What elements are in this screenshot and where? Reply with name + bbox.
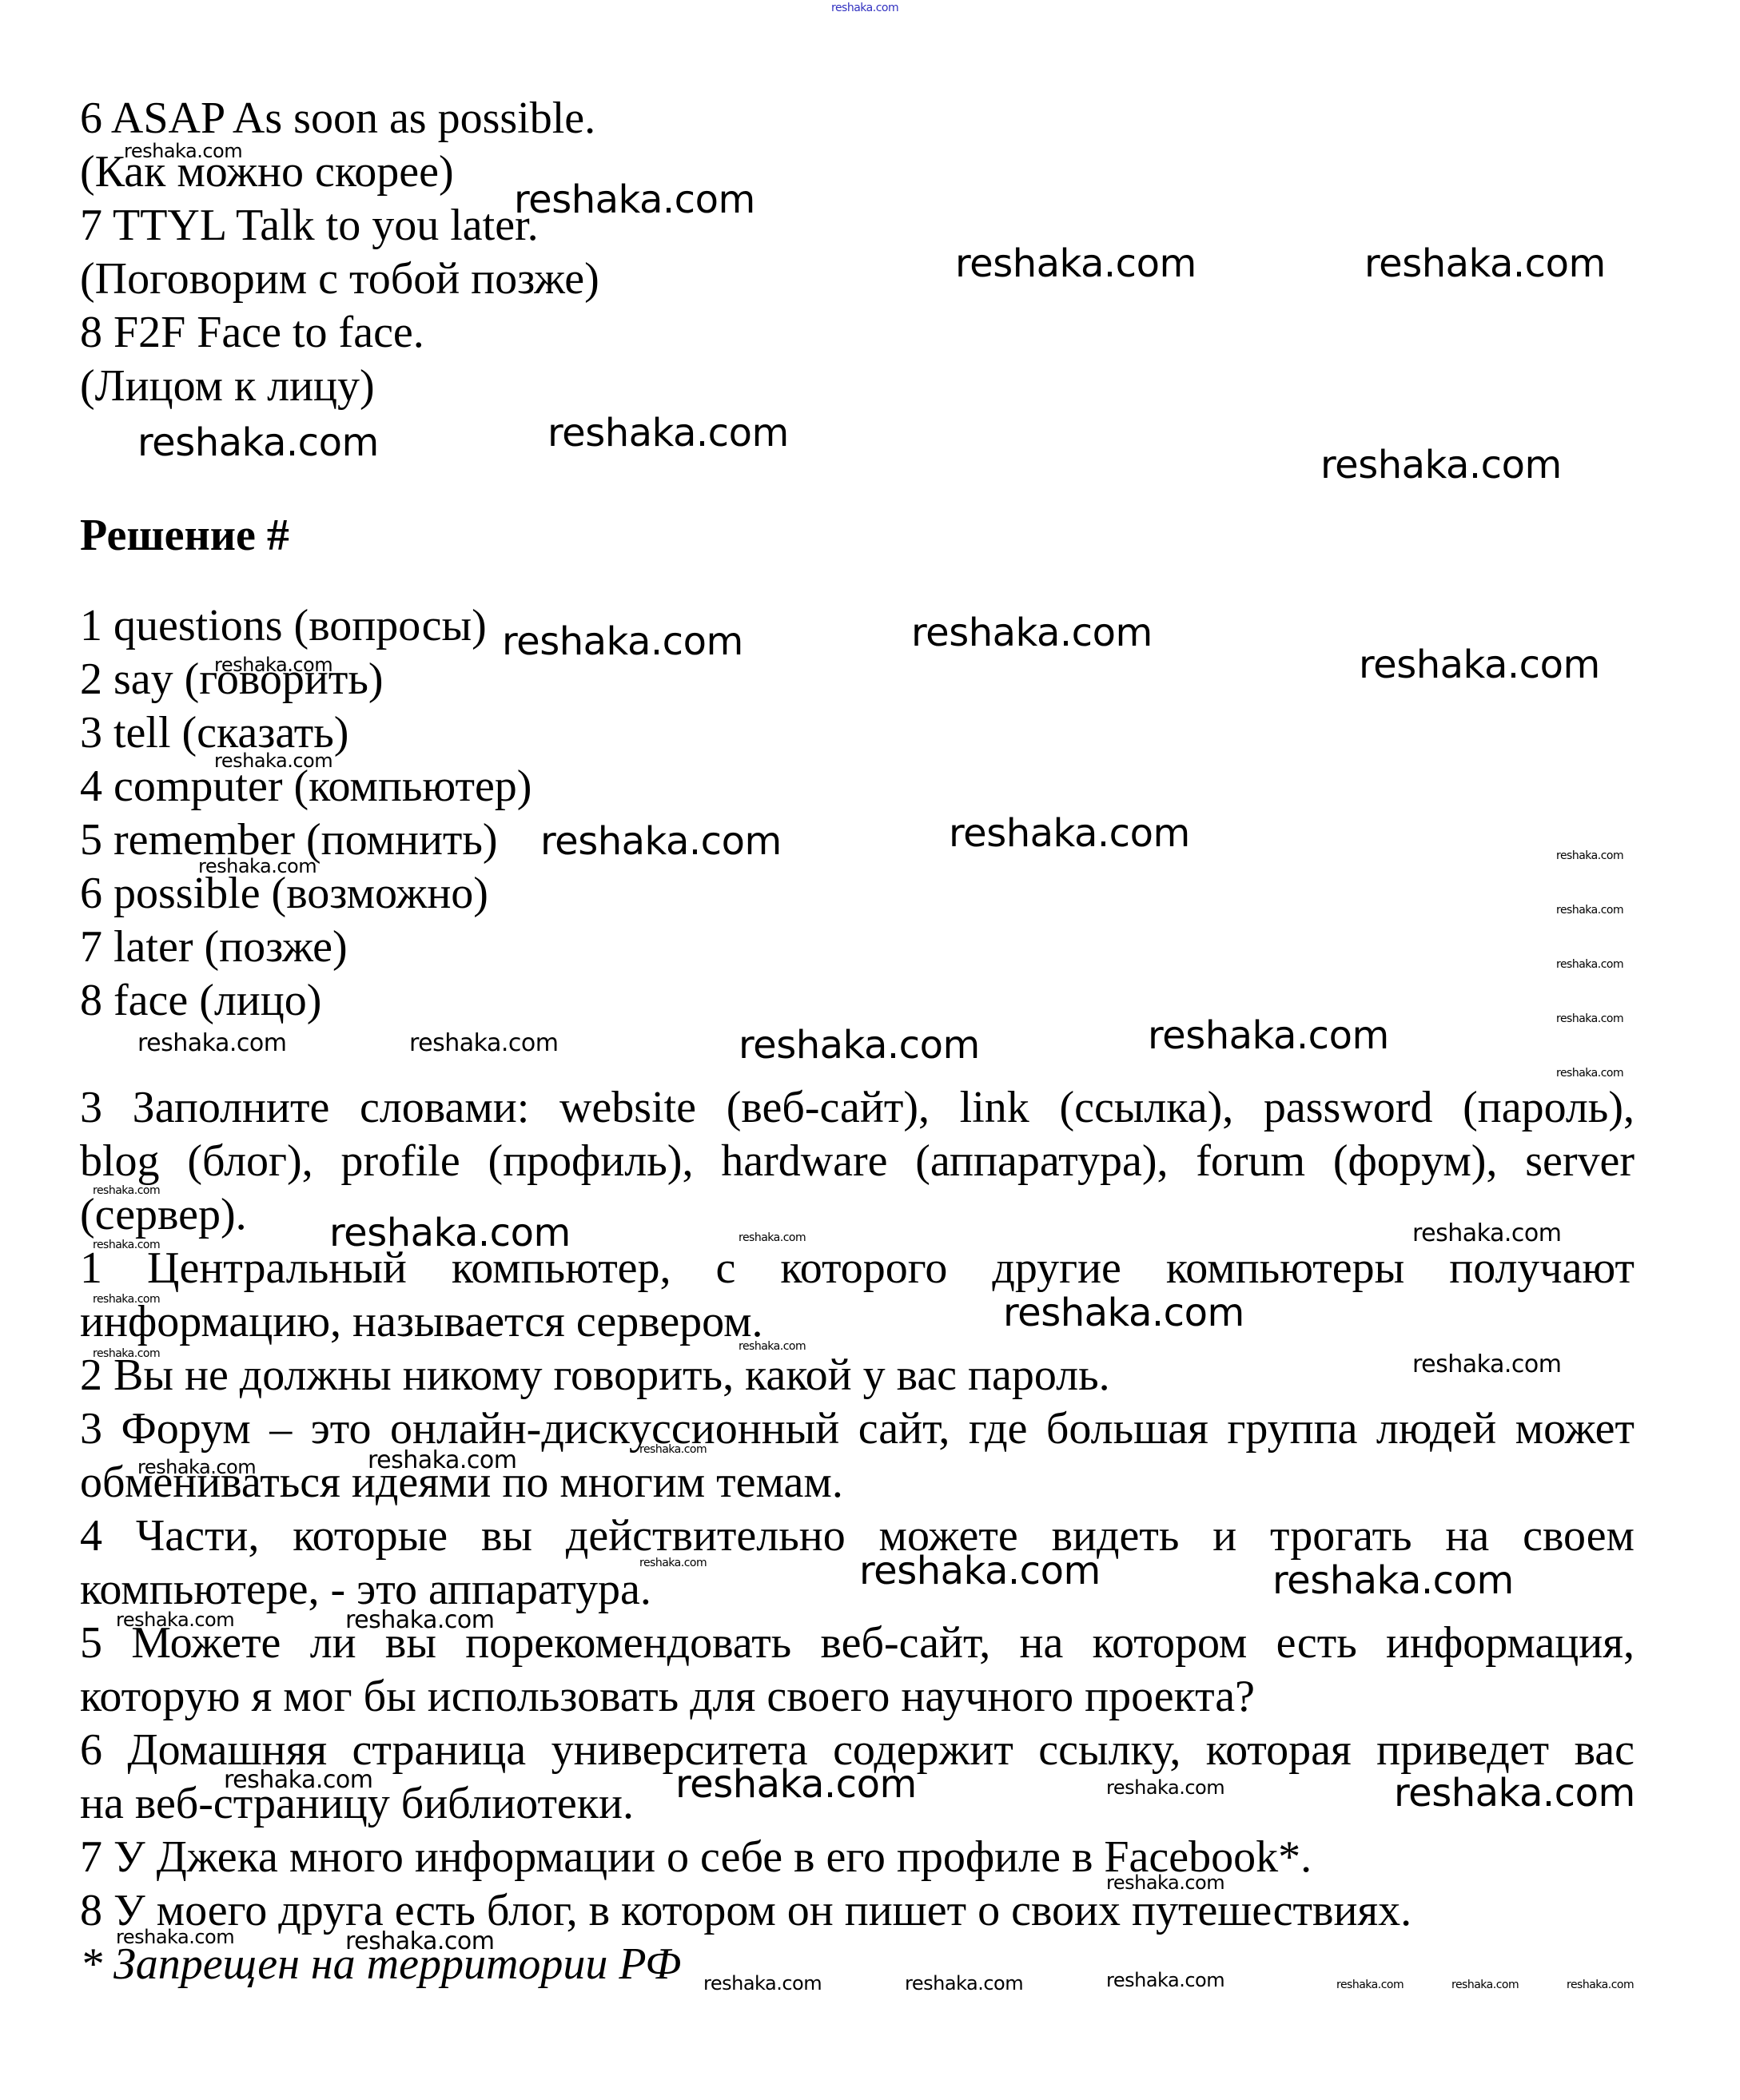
answer-line: которую я мог бы использовать для своего… [80,1670,1255,1723]
watermark: reshaka.com [514,177,755,222]
answer-line: обмениваться идеями по многим темам. [80,1456,843,1509]
task-instruction-line: 3 Заполните словами: website (веб-сайт),… [80,1081,1634,1134]
abbreviation-translation: (Лицом к лицу) [80,360,375,412]
watermark: reshaka.com [1272,1558,1514,1603]
solution-item: 5 remember (помнить) [80,813,498,866]
solution-item: 2 say (говорить) [80,653,384,706]
footnote: * Запрещен на территории РФ [80,1938,681,1991]
solution-heading: Решение # [80,509,289,562]
solution-item: 4 computer (компьютер) [80,760,532,813]
watermark: reshaka.com [540,819,782,864]
abbreviation-translation: (Поговорим с тобой позже) [80,253,599,305]
abbreviation-translation: (Как можно скорее) [80,145,454,198]
watermark: reshaka.com [1364,241,1606,286]
watermark: reshaka.com [547,411,789,455]
header-watermark: reshaka.com [831,2,898,14]
watermark: reshaka.com [911,611,1153,655]
watermark: reshaka.com [703,1972,822,1995]
abbreviation-line: 8 F2F Face to face. [80,306,424,359]
watermark: reshaka.com [502,619,743,664]
watermark: reshaka.com [1556,1067,1623,1080]
answer-line: 7 У Джека много информации о себе в его … [80,1831,1312,1883]
answer-line: 8 У моего друга есть блог, в котором он … [80,1884,1412,1937]
answer-line: на веб-страницу библиотеки. [80,1777,634,1830]
watermark: reshaka.com [1003,1291,1244,1335]
watermark: reshaka.com [1556,849,1623,862]
solution-item: 7 later (позже) [80,921,348,973]
watermark: reshaka.com [949,811,1190,856]
watermark: reshaka.com [1320,443,1562,487]
task-instruction-line: blog (блог), profile (профиль), hardware… [80,1135,1634,1187]
abbreviation-line: 6 ASAP As soon as possible. [80,92,595,145]
answer-line: 4 Части, которые вы действительно можете… [80,1509,1634,1562]
watermark: reshaka.com [955,241,1196,286]
document-page: reshaka.com 6 ASAP As soon as possible. … [0,0,1740,2100]
watermark: reshaka.com [1556,904,1623,917]
watermark: reshaka.com [1148,1013,1389,1058]
watermark: reshaka.com [137,1029,287,1057]
task-instruction-line: (сервер). [80,1188,247,1241]
solution-item: 3 tell (сказать) [80,706,348,759]
watermark: reshaka.com [1412,1350,1562,1378]
watermark: reshaka.com [905,1972,1023,1995]
watermark: reshaka.com [1556,958,1623,971]
answer-line: 6 Домашняя страница университета содержи… [80,1724,1634,1776]
watermark: reshaka.com [1359,642,1600,687]
watermark: reshaka.com [137,420,379,465]
answer-line: компьютере, - это аппаратура. [80,1563,651,1616]
watermark: reshaka.com [1106,1776,1224,1799]
watermark: reshaka.com [1394,1771,1635,1816]
watermark: reshaka.com [1451,1979,1519,1991]
watermark: reshaka.com [1336,1979,1404,1991]
abbreviation-line: 7 TTYL Talk to you later. [80,199,539,252]
watermark: reshaka.com [1556,1012,1623,1025]
solution-item: 6 possible (возможно) [80,867,488,920]
answer-line: 5 Можете ли вы порекомендовать веб-сайт,… [80,1617,1634,1669]
watermark: reshaka.com [1106,1969,1224,1991]
watermark: reshaka.com [1567,1979,1634,1991]
answer-line: 2 Вы не должны никому говорить, какой у … [80,1349,1110,1402]
answer-line: информацию, называется сервером. [80,1295,763,1348]
solution-item: 8 face (лицо) [80,974,321,1027]
answer-line: 1 Центральный компьютер, с которого друг… [80,1242,1634,1295]
solution-item: 1 questions (вопросы) [80,599,487,652]
watermark: reshaka.com [409,1029,559,1057]
watermark: reshaka.com [739,1023,980,1068]
answer-line: 3 Форум – это онлайн-дискуссионный сайт,… [80,1402,1634,1455]
